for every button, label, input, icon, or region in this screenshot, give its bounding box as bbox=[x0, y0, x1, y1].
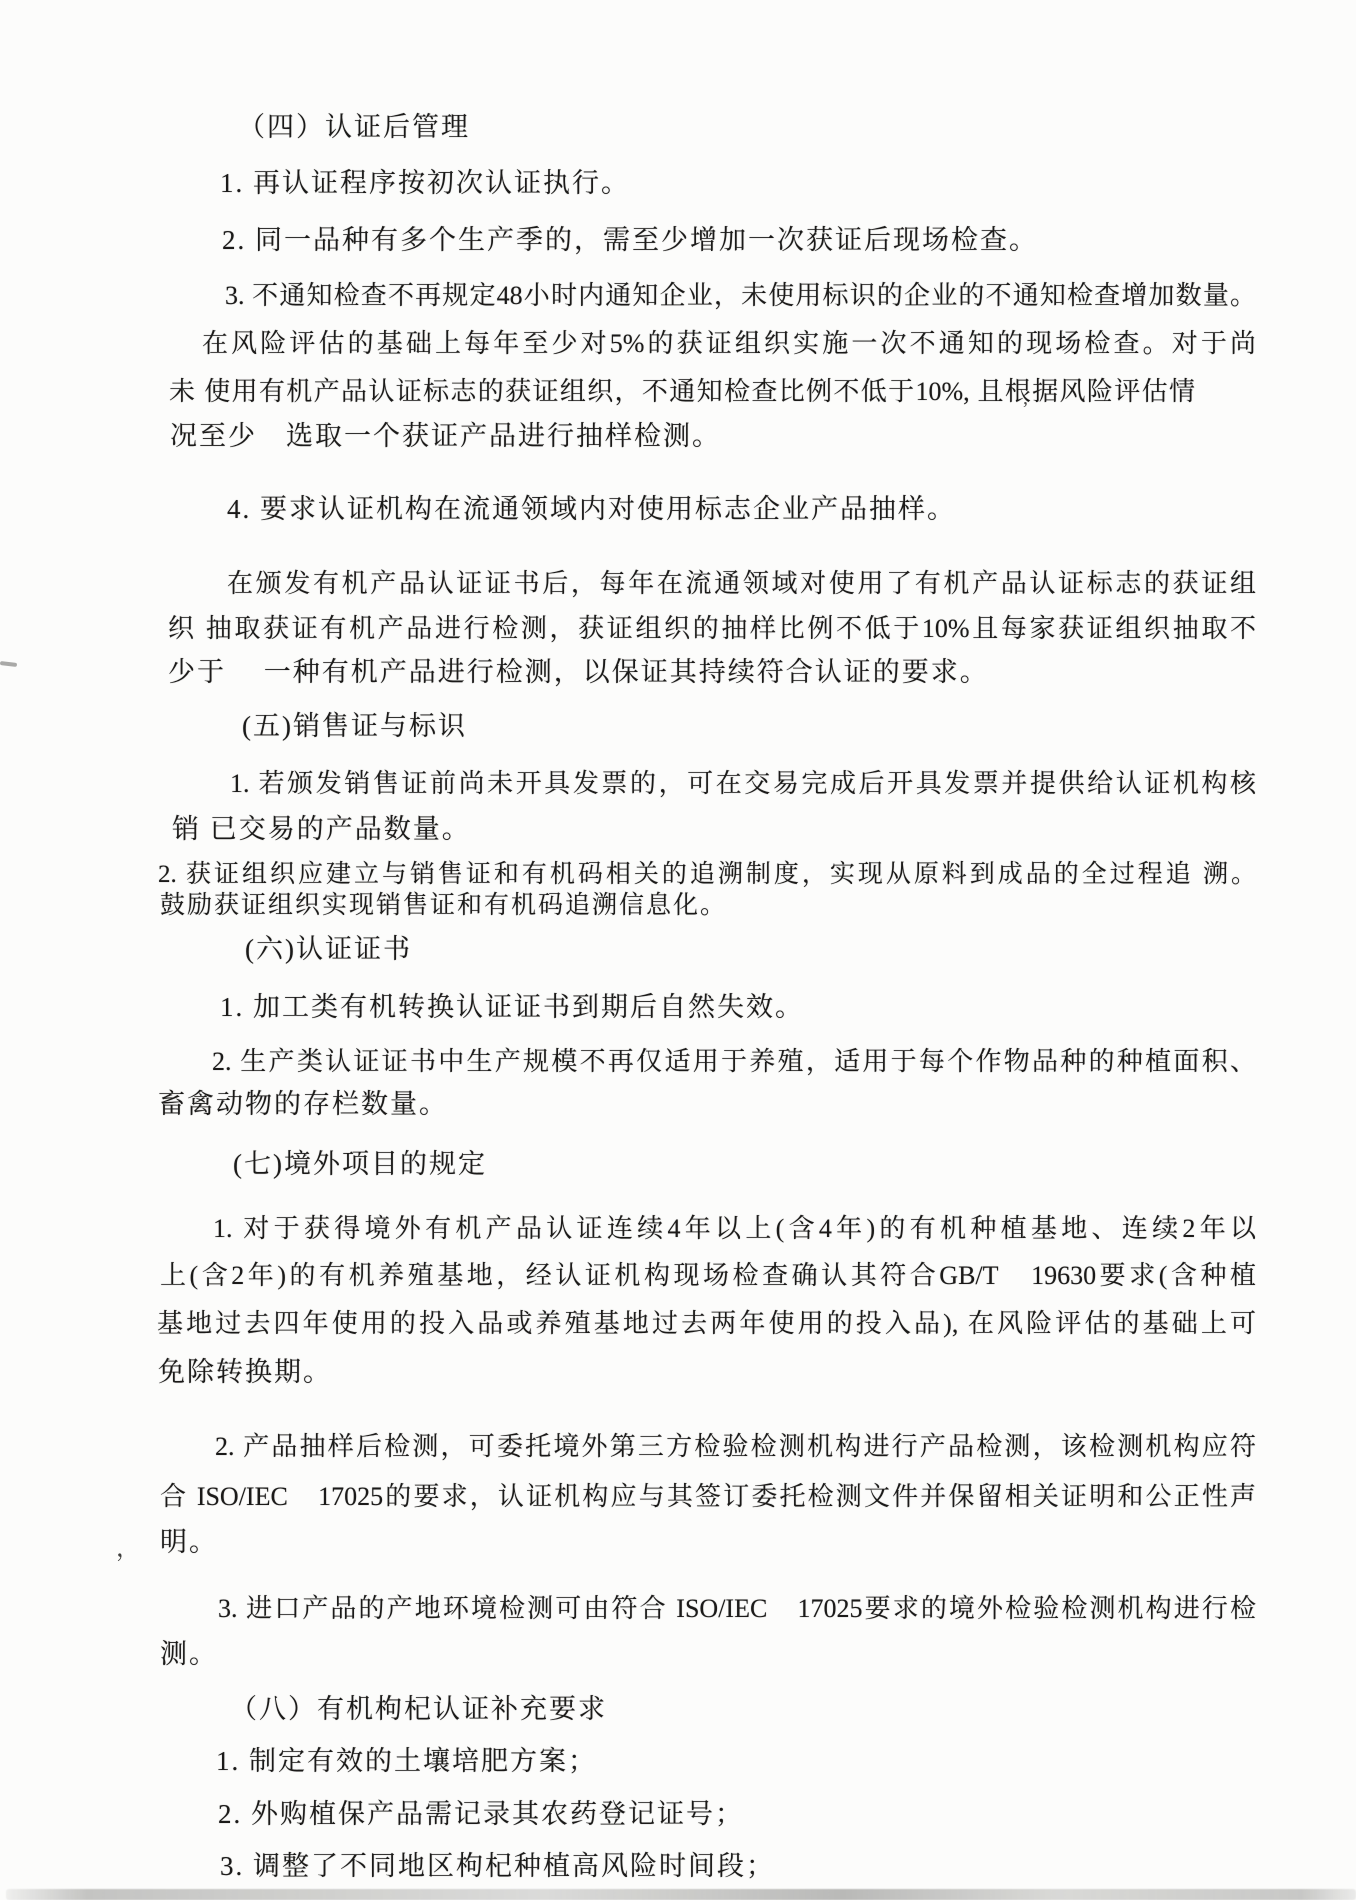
numbered-item: 3. 不通知检查不再规定48小时内通知企业，未使用标识的企业的不通知检查增加数量… bbox=[225, 281, 1256, 310]
numbered-item: 4. 要求认证机构在流通领域内对使用标志企业产品抽样。 bbox=[227, 494, 956, 524]
numbered-item: 2. 同一品种有多个生产季的，需至少增加一次获证后现场检查。 bbox=[222, 225, 1038, 255]
continuation-line: 况至少 选取一个获证产品进行抽样检测。 bbox=[170, 421, 721, 451]
continuation-line: 销 已交易的产品数量。 bbox=[172, 814, 471, 844]
numbered-item: 1. 加工类有机转换认证证书到期后自然失效。 bbox=[220, 992, 804, 1022]
section-heading: (五)销售证与标识 bbox=[242, 711, 467, 741]
paragraph-line: 在颁发有机产品认证证书后，每年在流通领域对使用了有机产品认证标志的获证组 bbox=[227, 569, 1256, 598]
scan-speck-comma: ， bbox=[116, 1528, 140, 1563]
continuation-line: 上(含2年)的有机养殖基地，经认证机构现场检查确认其符合GB/T 19630要求… bbox=[160, 1261, 1256, 1290]
numbered-item: 2. 产品抽样后检测，可委托境外第三方检验检测机构进行产品检测，该检测机构应符 bbox=[215, 1432, 1256, 1461]
section-heading: （四）认证后管理 bbox=[238, 112, 470, 142]
scan-edge-shadow bbox=[6, 1889, 1356, 1900]
numbered-item: 3. 进口产品的产地环境检测可由符合 ISO/IEC 17025要求的境外检验检… bbox=[218, 1594, 1256, 1623]
scan-speck-apostrophe: ’ bbox=[1022, 398, 1029, 421]
continuation-line: 测。 bbox=[160, 1639, 218, 1669]
continuation-line: 少于 一种有机产品进行检测，以保证其持续符合认证的要求。 bbox=[168, 657, 989, 687]
continuation-line: 织 抽取获证有机产品进行检测，获证组织的抽样比例不低于10%且每家获证组织抽取不 bbox=[168, 614, 1256, 643]
continuation-line: 明。 bbox=[160, 1527, 218, 1557]
numbered-item: 1. 制定有效的土壤培肥方案； bbox=[216, 1746, 597, 1776]
numbered-item: 1. 对于获得境外有机产品认证连续4年以上(含4年)的有机种植基地、连续2年以 bbox=[213, 1214, 1256, 1243]
continuation-line: 未 使用有机产品认证标志的获证组织，不通知检查比例不低于10%, 且根据风险评估… bbox=[169, 377, 1195, 406]
numbered-item: 2. 生产类认证证书中生产规模不再仅适用于养殖，适用于每个作物品种的种植面积、 bbox=[212, 1047, 1256, 1076]
numbered-item: 1. 再认证程序按初次认证执行。 bbox=[220, 168, 630, 198]
scan-speck-dash bbox=[0, 661, 17, 667]
document-page: （四）认证后管理 1. 再认证程序按初次认证执行。 2. 同一品种有多个生产季的… bbox=[0, 0, 1356, 1900]
paragraph-line: 在风险评估的基础上每年至少对5%的获证组织实施一次不通知的现场检查。对于尚 bbox=[202, 329, 1256, 358]
numbered-item: 2. 获证组织应建立与销售证和有机码相关的追溯制度，实现从原料到成品的全过程追 … bbox=[158, 861, 1256, 889]
continuation-line: 免除转换期。 bbox=[158, 1357, 332, 1387]
continuation-line: 鼓励获证组织实现销售证和有机码追溯信息化。 bbox=[160, 892, 727, 920]
section-heading: (六)认证证书 bbox=[245, 934, 412, 964]
numbered-item: 2. 外购植保产品需记录其农药登记证号； bbox=[218, 1799, 744, 1829]
continuation-line: 基地过去四年使用的投入品或养殖基地过去两年使用的投入品), 在风险评估的基础上可 bbox=[157, 1309, 1256, 1338]
section-heading: (七)境外项目的规定 bbox=[233, 1149, 487, 1179]
numbered-item: 3. 调整了不同地区枸杞种植高风险时间段； bbox=[220, 1851, 775, 1881]
continuation-line: 合 ISO/IEC 17025的要求，认证机构应与其签订委托检测文件并保留相关证… bbox=[160, 1482, 1256, 1511]
continuation-line: 畜禽动物的存栏数量。 bbox=[158, 1089, 448, 1119]
section-heading: （八）有机枸杞认证补充要求 bbox=[230, 1694, 607, 1724]
numbered-item: 1. 若颁发销售证前尚未开具发票的，可在交易完成后开具发票并提供给认证机构核 bbox=[230, 769, 1256, 798]
